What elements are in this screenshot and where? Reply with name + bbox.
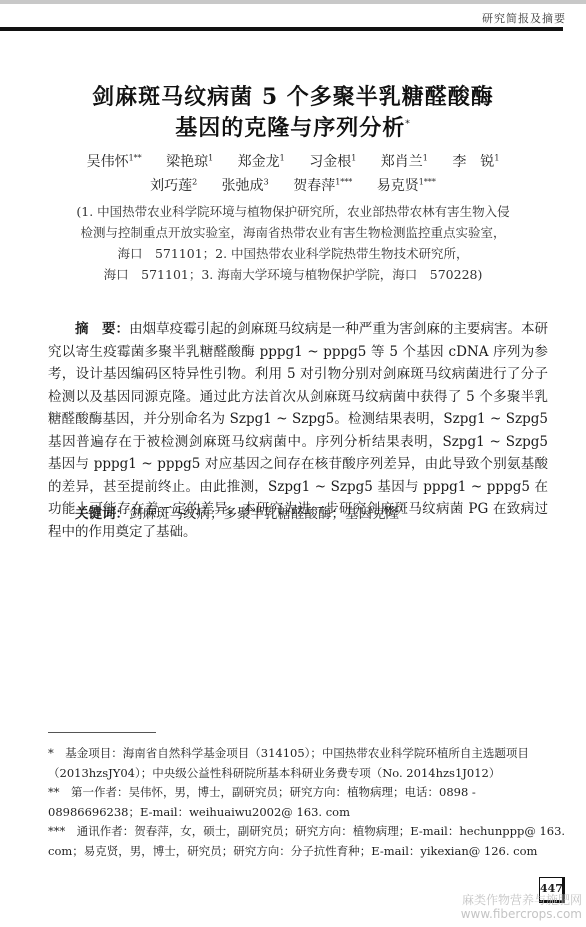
affiliation-line: (1. 中国热带农业科学院环境与植物保护研究所，农业部热带农林有害生物入侵 xyxy=(0,201,586,222)
keywords: 关键词：剑麻斑马纹病；多聚半乳糖醛酸酶；基因克隆 xyxy=(48,502,548,522)
watermark-line2: www.fibercrops.com xyxy=(461,907,582,921)
author: 易克贤1*** xyxy=(377,178,436,194)
paper-title-line2: 基因的克隆与序列分析* xyxy=(0,111,586,142)
footnotes: * 基金项目：海南省自然科学基金项目（314105）；中国热带农业科学院环植所自… xyxy=(48,744,570,861)
affiliations: (1. 中国热带农业科学院环境与植物保护研究所，农业部热带农林有害生物入侵 检测… xyxy=(0,201,586,285)
author: 郑肖兰1 xyxy=(381,154,428,170)
author: 吴伟怀1** xyxy=(87,154,142,170)
authors-row-1: 吴伟怀1** 梁艳琼1 郑金龙1 习金根1 郑肖兰1 李 锐1 xyxy=(0,151,586,171)
keywords-label: 关键词： xyxy=(75,506,129,522)
affiliation-line: 海口 571101；3. 海南大学环境与植物保护学院，海口 570228) xyxy=(0,264,586,285)
author: 李 锐1 xyxy=(452,154,499,170)
author: 郑金龙1 xyxy=(238,154,285,170)
title-footnote-mark: * xyxy=(405,120,411,130)
title-text-2: 基因的克隆与序列分析 xyxy=(175,115,405,141)
title-text-1: 剑麻斑马纹病菌 5 个多聚半乳糖醛酸酶 xyxy=(92,84,494,110)
author: 张弛成3 xyxy=(222,178,269,194)
header-rule xyxy=(0,27,563,31)
authors-row-2: 刘巧莲2 张弛成3 贺春萍1*** 易克贤1*** xyxy=(0,175,586,195)
author: 刘巧莲2 xyxy=(150,178,197,194)
keywords-text: 剑麻斑马纹病；多聚半乳糖醛酸酶；基因克隆 xyxy=(129,506,399,522)
watermark-line1: 麻类作物营养与施肥网 xyxy=(461,893,582,907)
footnote-divider xyxy=(48,732,156,733)
affiliation-line: 检测与控制重点开放实验室，海南省热带农业有害生物检测监控重点实验室， xyxy=(0,222,586,243)
watermark: 麻类作物营养与施肥网 www.fibercrops.com xyxy=(461,893,582,921)
author: 贺春萍1*** xyxy=(293,178,352,194)
abstract-label: 摘 要： xyxy=(75,321,129,337)
footnote-first-author: ** 第一作者：吴伟怀，男，博士，副研究员；研究方向：植物病理；电话：0898 … xyxy=(48,783,570,822)
top-border xyxy=(0,0,586,4)
footnote-corresponding: *** 通讯作者：贺春萍，女，硕士，副研究员；研究方向：植物病理；E-mail：… xyxy=(48,822,570,861)
author: 习金根1 xyxy=(309,154,356,170)
author: 梁艳琼1 xyxy=(166,154,213,170)
paper-title-line1: 剑麻斑马纹病菌 5 个多聚半乳糖醛酸酶 xyxy=(0,80,586,111)
footnote-fund: * 基金项目：海南省自然科学基金项目（314105）；中国热带农业科学院环植所自… xyxy=(48,744,570,783)
affiliation-line: 海口 571101；2. 中国热带农业科学院热带生物技术研究所， xyxy=(0,243,586,264)
section-header-label: 研究简报及摘要 xyxy=(482,10,566,26)
